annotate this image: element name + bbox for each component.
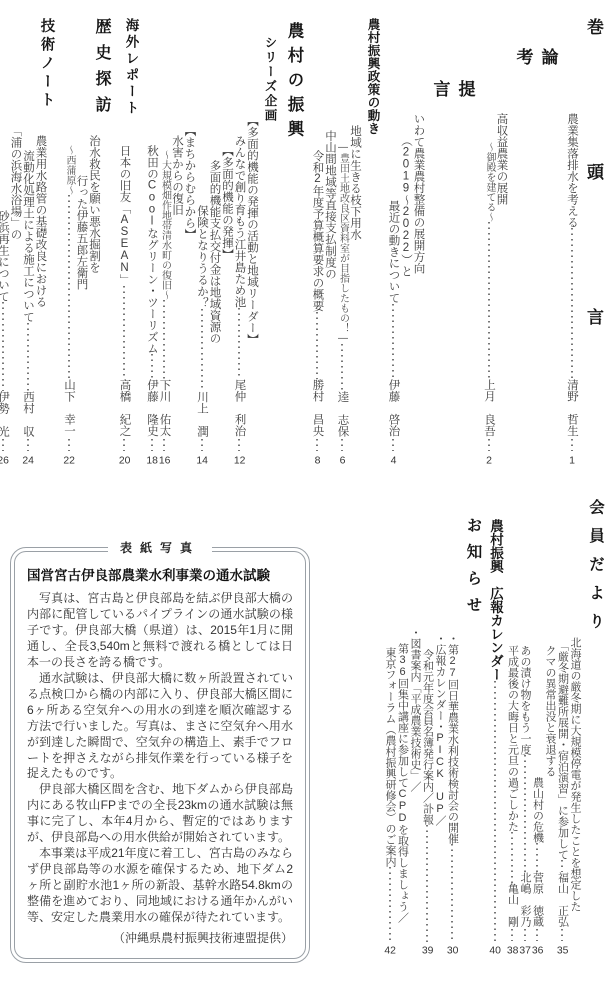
toc-item-title: ・図書案内「平成農業技術史」／ <box>409 627 422 792</box>
toc-item-title: クマの異常出没と衰退する <box>544 645 557 777</box>
dotted-leader <box>392 304 394 380</box>
toc-item-title-line: 高収益農業の展開 <box>495 10 508 465</box>
toc-item-title-line: 中山間地域等直接支払制度の <box>324 10 337 465</box>
toc-item-title: いわて農業農村整備の展開方向 <box>412 113 425 274</box>
toc-item: いわて農業農村整備の展開方向 （2019～2022）と 最近の動きについて 伊藤… <box>387 10 425 465</box>
dotted-leader <box>571 228 573 379</box>
dotted-leader <box>511 929 513 941</box>
author-name: 伊藤 啓治 <box>387 379 400 437</box>
toc-item-title: 北海道の厳冬期に大規模停電が発生したことを想定した <box>569 637 582 912</box>
section-heading: 農村振興政策の動き <box>364 10 382 465</box>
toc-bottom: 会員だより 北海道の厳冬期に大規模停電が発生したことを想定した 「厳冬期避難所展… <box>320 497 606 955</box>
toc-item-title-line: 【まちからむらから】 <box>183 10 196 465</box>
author-name: 西村 収 <box>22 391 35 437</box>
toc-item-subtitle: ～御殿を建てる～ <box>483 142 496 222</box>
section-essay: 論考 高収益農業の展開 ～御殿を建てる～ 上月 良吾 2 <box>483 10 561 465</box>
toc-item: ・図書案内「平成農業技術史」／ 第36回集中講座に参加してCPDを取得しましょう… <box>384 497 422 955</box>
dotted-leader <box>201 309 203 391</box>
toc-item-title: 令和2年度予算概算要求の概要 <box>311 150 324 312</box>
toc-item: 【まちからむらから】 水害からの復旧 ～大規模畑作地帯清水町の復旧～ 下川 佑太… <box>158 10 196 465</box>
author-name: 伊藤 隆史 <box>146 379 159 437</box>
toc-item-subtitle: ～西蒲原～ <box>63 145 76 195</box>
toc-leader-line: 東京フォーラム（農村振興研修会）のご案内 42 <box>384 497 397 955</box>
author-name: 菅原 徳蔵 <box>531 872 544 927</box>
dotted-leader <box>426 825 428 943</box>
dotted-leader <box>163 300 165 379</box>
page-number: 37 <box>519 943 532 956</box>
toc-item-title-line: 【多面的機能の発揮の活動と地域リーダー】 <box>246 10 259 465</box>
dotted-leader <box>488 222 490 379</box>
dotted-leader <box>392 439 394 451</box>
toc-item-title-line: 水害からの復旧 <box>171 10 184 465</box>
section-heading: 論考 <box>511 10 561 465</box>
author-name: 山下 幸一 <box>63 379 76 437</box>
section-member-letters: 会員だより 北海道の厳冬期に大規模停電が発生したことを想定した 「厳冬期避難所展… <box>506 497 606 955</box>
dotted-leader <box>2 439 4 451</box>
toc-leader-line: 砂浜再生について 伊勢 光 26 <box>0 10 9 465</box>
page-number: 6 <box>336 453 349 466</box>
dotted-leader <box>68 439 70 451</box>
toc-item-title-line: （2019～2022）と <box>400 10 413 465</box>
dotted-leader <box>68 195 70 379</box>
section-heading: 巻頭言 <box>581 10 606 465</box>
section-heading: 農村の振興 <box>282 10 306 465</box>
toc-item-title: 東京フォーラム（農村振興研修会）のご案内 <box>384 647 397 867</box>
toc-item-title: 「厳冬期避難所展開・宿泊演習」に参加して <box>556 640 569 860</box>
toc-item-title: 最近の動きについて <box>387 200 400 304</box>
toc-item-title: 行った伊藤五郎左衛門 <box>75 175 88 290</box>
page-number: 38 <box>506 943 519 956</box>
toc-item: 「浦の浜海水浴場」の 砂浜再生について 伊勢 光 26 <box>0 10 22 465</box>
dotted-leader <box>27 439 29 451</box>
toc-leader-line: あの漬け物をもう一度 北嶋 彩乃 37 <box>519 497 532 955</box>
dotted-leader <box>123 286 125 380</box>
toc-item-title: 第36回集中講座に参加してCPDを取得しましょう／ <box>396 643 409 923</box>
page-number: 16 <box>158 453 171 466</box>
dotted-leader <box>524 929 526 941</box>
toc-item-title: 砂浜再生について <box>0 210 9 302</box>
toc-item-title: 令和元年度会員名簿発行案内／訃報 <box>421 649 434 825</box>
page-number: 42 <box>384 943 397 956</box>
section-heading: お知らせ <box>462 497 484 955</box>
section-foreword: 巻頭言 農業集落排水を考える 清野 哲生 1 <box>566 10 607 465</box>
cover-photo-paragraph: 伊良部大橋区間を含む、地下ダムから伊良部島内にある牧山FPまでの全長23kmの通… <box>27 782 293 846</box>
cover-photo-credit: （沖縄県農村振興技術連盟提供） <box>27 929 293 946</box>
dotted-leader <box>341 344 343 391</box>
dotted-leader <box>524 755 526 872</box>
toc-leader-line: ・第27回日華農業水利技術検討会の開催 30 <box>446 497 459 955</box>
dotted-leader <box>2 302 4 391</box>
section-subheading: シリーズ企画 <box>261 10 279 465</box>
toc-leader-line: ―豊田土地改良区資料室が目指したもの！― 逵 志保 6 <box>336 10 349 465</box>
toc-item-category: 【多面的機能の発揮】 <box>221 145 234 260</box>
author-name: 高橋 紀之 <box>118 379 131 437</box>
page-number: 14 <box>196 453 209 466</box>
author-name: 清野 哲生 <box>566 379 579 437</box>
toc-item-title: 日本の旧友「ASEAN」 <box>118 145 131 286</box>
toc-item-title: 農山村の危機 <box>531 777 544 843</box>
dotted-leader <box>389 867 391 943</box>
toc-leader-line: 農山村の危機 菅原 徳蔵 36 <box>531 497 544 955</box>
toc-leader-line: 保険となりうるか？ 川上 潤 14 <box>196 10 209 465</box>
page-number: 36 <box>531 943 544 956</box>
toc-item-title: （2019～2022）と <box>400 135 413 277</box>
toc-item: 【多面的機能の発揮の活動と地域リーダー】 みんなで創り育もう江井島ため池 尾仲 … <box>233 10 258 465</box>
toc-item-title: みんなで創り育もう江井島ため池 <box>233 135 246 308</box>
page-number: 40 <box>489 943 502 956</box>
dotted-leader <box>341 439 343 451</box>
cover-photo-tab: 表紙写真 <box>108 539 212 556</box>
toc-item-title: ・第27回日華農業水利技術検討会の開催 <box>446 633 459 844</box>
toc-item-title-line: 「浦の浜海水浴場」の <box>9 10 22 465</box>
toc-item-subtitle: ―豊田土地改良区資料室が目指したもの！― <box>336 142 349 344</box>
toc-item-title: 中山間地域等直接支払制度の <box>324 130 337 280</box>
toc-leader-line: ～西蒲原～ 山下 幸一 22 <box>63 10 76 465</box>
toc-top: 巻頭言 農業集落排水を考える 清野 哲生 1 論考 高収益農業の展開 ～御殿を建… <box>6 10 606 465</box>
cover-photo-paragraph: 本事業は平成21年度に着工し、宮古島のみならず伊良部島等の水源を確保するため、地… <box>27 846 293 926</box>
toc-item-title-line: ・広報カレンダー・PICK UP／ <box>434 497 447 955</box>
toc-item-category: 【まちからむらから】 <box>183 125 196 240</box>
toc-item: 北海道の厳冬期に大規模停電が発生したことを想定した 「厳冬期避難所展開・宿泊演習… <box>556 497 581 955</box>
toc-leader-line: 「厳冬期避難所展開・宿泊演習」に参加して 福山 正弘 35 <box>556 497 569 955</box>
toc-item-title-line: 第36回集中講座に参加してCPDを取得しましょう／ <box>396 497 409 955</box>
author-name: 勝村 昌央 <box>311 379 324 437</box>
toc-leader-line: 最近の動きについて 伊藤 啓治 4 <box>387 10 400 465</box>
toc-item: 高収益農業の展開 ～御殿を建てる～ 上月 良吾 2 <box>483 10 508 465</box>
author-name: 逵 志保 <box>336 391 349 437</box>
section-heading: 会員だより <box>584 497 606 955</box>
toc-leader-line: ～大規模畑作地帯清水町の復旧～ 下川 佑太 16 <box>158 10 171 465</box>
toc-leader-line: 秋田のCoolなグリーン・ツーリズム 伊藤 隆史 18 <box>146 10 159 465</box>
toc-item-title: 保険となりうるか？ <box>196 205 209 309</box>
author-name: 福山 正弘 <box>556 872 569 927</box>
toc-item-title-line: 【多面的機能の発揮】 <box>221 10 234 465</box>
author-name: 北嶋 彩乃 <box>519 872 532 927</box>
author-name: 下川 佑太 <box>158 379 171 437</box>
toc-item: ・広報カレンダー・PICK UP／ 令和元年度会員名簿発行案内／訃報 39 <box>421 497 446 955</box>
toc-item: 中山間地域等直接支払制度の 令和2年度予算概算要求の概要 勝村 昌央 8 <box>311 10 336 465</box>
page-number: 26 <box>0 453 9 466</box>
cover-photo-box-inner: 国営宮古伊良部農業水利事業の通水試験 写真は、宮古島と伊良部島を結ぶ伊良部大橋の… <box>14 551 306 959</box>
cover-photo-paragraph: 通水試験は、伊良部大橋に数ヶ所設置されている点検口から橋の内部に入り、伊良部大橋… <box>27 671 293 783</box>
section-proposal: 提言 いわて農業農村整備の展開方向 （2019～2022）と 最近の動きについて… <box>387 10 478 465</box>
dotted-leader <box>151 439 153 451</box>
toc-item-title-line: クマの異常出没と衰退する <box>544 497 557 955</box>
page-number: 39 <box>421 943 434 956</box>
cover-photo-title: 国営宮古伊良部農業水利事業の通水試験 <box>27 564 293 584</box>
toc-item-title-line: 地域に生きる枝下用水 <box>349 10 362 465</box>
toc-item-title: 「浦の浜海水浴場」の <box>9 125 22 240</box>
dotted-leader <box>536 929 538 941</box>
section-series-rural-promotion: 農村の振興 シリーズ企画 【多面的機能の発揮の活動と地域リーダー】 みんなで創り… <box>146 10 307 465</box>
toc-item: 農業集落排水を考える 清野 哲生 1 <box>566 10 579 465</box>
page-number: 22 <box>63 453 76 466</box>
toc-page: { "toc_top": { "sections": [ {"heading":… <box>0 0 612 1000</box>
dotted-leader <box>561 860 563 872</box>
toc-leader-line: 流動化処理土による施工について 西村 収 24 <box>22 10 35 465</box>
toc-item: 平成最後の大晦日と元旦の過ごしかた 亀山 剛 38 <box>506 497 519 955</box>
section-history-exploration: 歴史探訪 治水救民を願い悪水掘割を 行った伊藤五郎左衛門 ～西蒲原～ 山下 幸一… <box>63 10 114 465</box>
page-number: 30 <box>446 943 459 956</box>
dotted-leader <box>316 312 318 380</box>
toc-item-title: 水害からの復旧 <box>171 135 184 216</box>
dotted-leader <box>238 308 240 380</box>
toc-leader-line: 平成最後の大晦日と元旦の過ごしかた 亀山 剛 38 <box>506 497 519 955</box>
dotted-leader <box>536 843 538 872</box>
dotted-leader <box>561 929 563 941</box>
toc-item: 地域に生きる枝下用水 ―豊田土地改良区資料室が目指したもの！― 逵 志保 6 <box>336 10 361 465</box>
toc-item-title: 多面的機能支払交付金は地域資源の <box>208 160 221 344</box>
toc-item-title: 高収益農業の展開 <box>495 113 508 205</box>
dotted-leader <box>151 354 153 379</box>
page-number: 24 <box>22 453 35 466</box>
toc-item-title: 秋田のCoolなグリーン・ツーリズム <box>146 145 159 354</box>
section-heading: 提言 <box>428 10 478 465</box>
toc-leader-line: みんなで創り育もう江井島ため池 尾仲 利治 12 <box>233 10 246 465</box>
dotted-leader <box>571 439 573 451</box>
dotted-leader <box>201 439 203 451</box>
dotted-leader <box>316 439 318 451</box>
page-number: 4 <box>387 453 400 466</box>
section-announcements: お知らせ ・第27回日華農業水利技術検討会の開催 30 ・広報カレンダー・PIC… <box>384 497 484 955</box>
page-number: 18 <box>146 453 159 466</box>
toc-item-title: 農業用水路管の基礎改良における <box>34 135 47 308</box>
page-number: 35 <box>556 943 569 956</box>
toc-item-title: 地域に生きる枝下用水 <box>349 125 362 240</box>
dotted-leader <box>123 439 125 451</box>
page-number: 8 <box>311 453 324 466</box>
author-name: 伊勢 光 <box>0 391 9 437</box>
toc-item-title: 治水救民を願い悪水掘割を <box>88 135 101 273</box>
dotted-leader <box>494 681 496 943</box>
toc-item-title-line: 行った伊藤五郎左衛門 <box>75 10 88 465</box>
toc-leader-line: 農村振興 広報カレンダー 40 <box>489 497 502 955</box>
toc-item-title: 農業集落排水を考える <box>566 113 579 228</box>
page-number: 1 <box>566 453 579 466</box>
cover-photo-paragraph: 写真は、宮古島と伊良部島を結ぶ伊良部大橋の内部に配管しているパイプラインの通水試… <box>27 591 293 671</box>
dotted-leader <box>488 439 490 451</box>
toc-item: 【多面的機能の発揮】 多面的機能支払交付金は地域資源の 保険となりうるか？ 川上… <box>196 10 234 465</box>
toc-item-title: ・広報カレンダー・PICK UP／ <box>434 633 447 826</box>
section-policy-news: 農村振興政策の動き 地域に生きる枝下用水 ―豊田土地改良区資料室が目指したもの！… <box>311 10 382 465</box>
page-number: 2 <box>483 453 496 466</box>
toc-item: クマの異常出没と衰退する 農山村の危機 菅原 徳蔵 36 <box>531 497 556 955</box>
author-name: 川上 潤 <box>196 391 209 437</box>
toc-item-title: 平成最後の大晦日と元旦の過ごしかた <box>506 645 519 832</box>
toc-leader-line: 令和2年度予算概算要求の概要 勝村 昌央 8 <box>311 10 324 465</box>
toc-item-title-line: 多面的機能支払交付金は地域資源の <box>208 10 221 465</box>
dotted-leader <box>238 439 240 451</box>
toc-item-category: 【多面的機能の発揮の活動と地域リーダー】 <box>246 115 259 345</box>
section-overseas-report: 海外レポート 日本の旧友「ASEAN」 高橋 紀之 20 <box>118 10 141 465</box>
toc-item: 秋田のCoolなグリーン・ツーリズム 伊藤 隆史 18 <box>146 10 159 465</box>
toc-item-title-line: ・図書案内「平成農業技術史」／ <box>409 497 422 955</box>
toc-item-title-line: いわて農業農村整備の展開方向 <box>412 10 425 465</box>
toc-item-title: あの漬け物をもう一度 <box>519 645 532 755</box>
toc-item: あの漬け物をもう一度 北嶋 彩乃 37 <box>519 497 532 955</box>
author-name: 亀山 剛 <box>506 883 519 927</box>
toc-item-subtitle: ～大規模畑作地帯清水町の復旧～ <box>158 150 171 300</box>
dotted-leader <box>27 323 29 391</box>
dotted-leader <box>511 832 513 883</box>
section-heading: 農村振興 広報カレンダー <box>489 519 502 681</box>
toc-leader-line: 令和元年度会員名簿発行案内／訃報 39 <box>421 497 434 955</box>
page-number: 12 <box>233 453 246 466</box>
cover-photo-box: 表紙写真 国営宮古伊良部農業水利事業の通水試験 写真は、宮古島と伊良部島を結ぶ伊… <box>10 547 310 963</box>
author-name: 尾仲 利治 <box>233 379 246 437</box>
dotted-leader <box>163 439 165 451</box>
author-name: 上月 良吾 <box>483 379 496 437</box>
page-number: 20 <box>118 453 131 466</box>
dotted-leader <box>451 844 453 943</box>
toc-item-title-line: 北海道の厳冬期に大規模停電が発生したことを想定した <box>569 497 582 955</box>
toc-leader-line: 農業集落排水を考える 清野 哲生 1 <box>566 10 579 465</box>
toc-item: ・第27回日華農業水利技術検討会の開催 30 <box>446 497 459 955</box>
section-technical-note: 技術ノート 農業用水路管の基礎改良における 流動化処理土による施工について 西村… <box>0 10 58 465</box>
toc-item-title: 流動化処理土による施工について <box>22 150 35 323</box>
toc-leader-line: ～御殿を建てる～ 上月 良吾 2 <box>483 10 496 465</box>
section-pr-calendar: 農村振興 広報カレンダー 40 <box>489 497 502 955</box>
